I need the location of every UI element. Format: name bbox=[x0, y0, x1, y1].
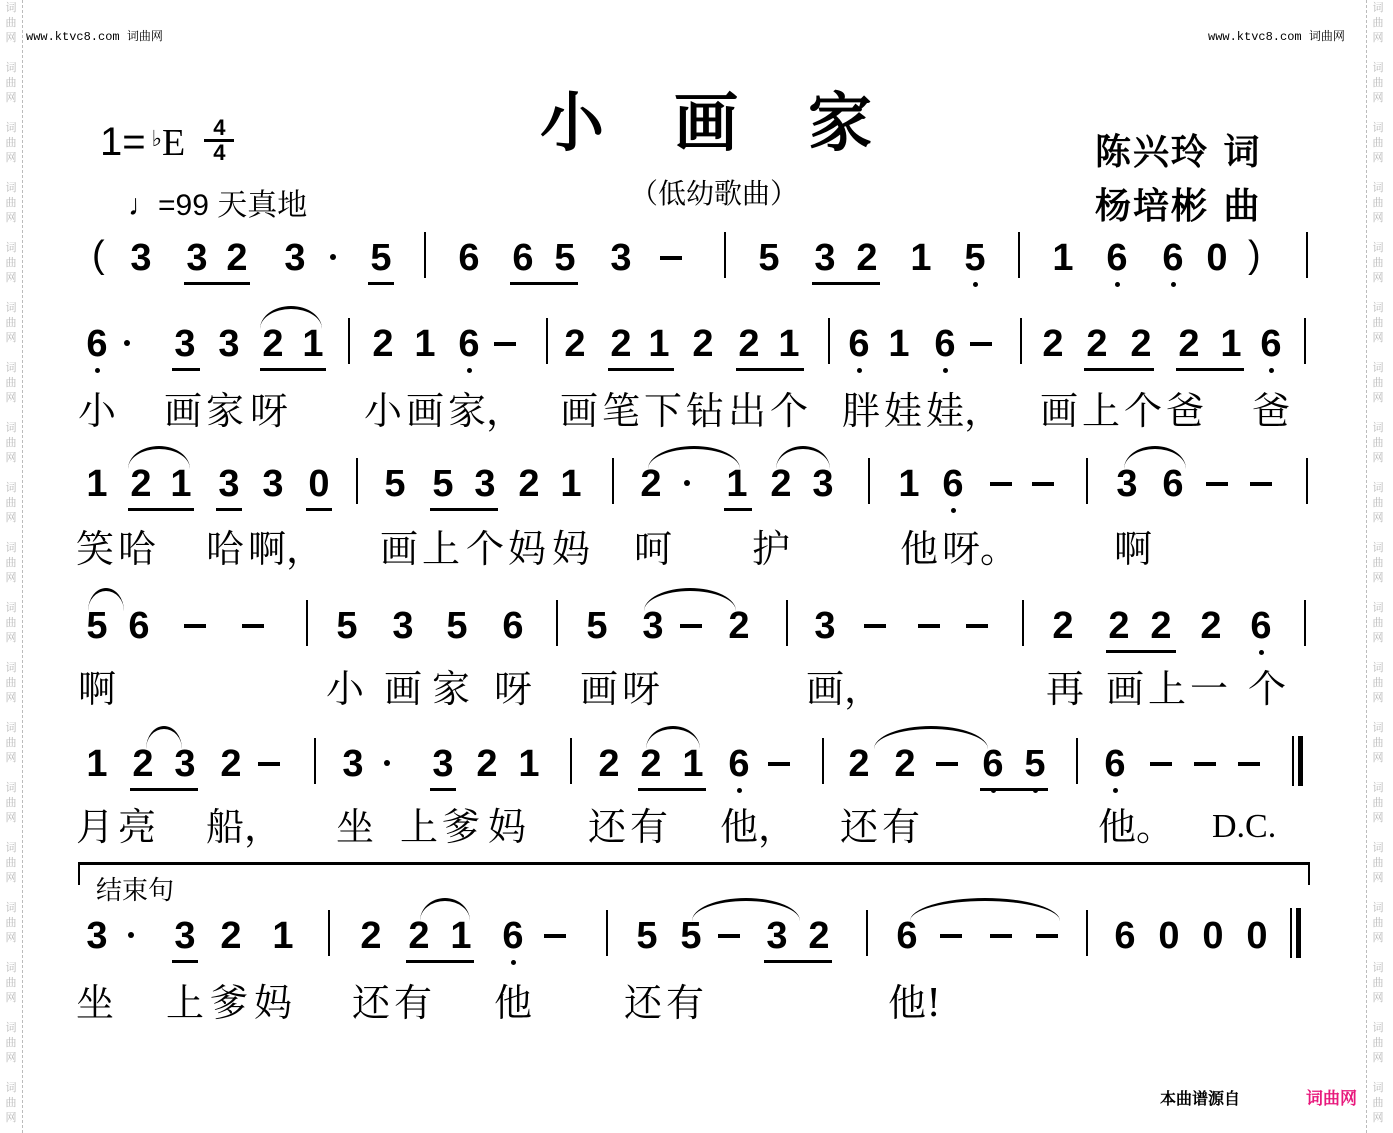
note-digit: 6 bbox=[942, 463, 963, 505]
note: 5 bbox=[1022, 742, 1048, 786]
lyric-line: 笑哈哈啊，画上个妈妈呵护他呀。啊 bbox=[0, 526, 1393, 576]
lyric-syllable: 有 bbox=[666, 980, 704, 1026]
lyric-line: 坐上爹妈还有他还有他! bbox=[0, 980, 1393, 1030]
lyric-syllable: 哈 bbox=[206, 526, 244, 572]
lyric-syllable: 他 bbox=[494, 980, 532, 1026]
beam-underline bbox=[764, 960, 832, 963]
watermark-char: 网 bbox=[6, 210, 17, 225]
watermark-char: 曲 bbox=[1373, 1035, 1384, 1050]
barline bbox=[424, 232, 426, 278]
note: 0 bbox=[1204, 236, 1230, 280]
augmentation-dot bbox=[384, 760, 390, 766]
lyric-syllable: 还 bbox=[624, 980, 662, 1026]
note-digit: 2 bbox=[738, 323, 759, 365]
da-capo-marking: D.C. bbox=[1212, 804, 1276, 850]
lyric-syllable: 小 bbox=[364, 388, 402, 434]
barline bbox=[328, 910, 330, 956]
lyric-syllable: 坐 bbox=[76, 980, 114, 1026]
note-digit: 6 bbox=[128, 605, 149, 647]
extension-dash bbox=[970, 342, 992, 346]
note-digit: 3 bbox=[218, 463, 239, 505]
watermark-char: 网 bbox=[1373, 30, 1384, 45]
note-digit: 2 bbox=[1108, 605, 1129, 647]
barline bbox=[356, 458, 358, 504]
flat-icon: ♭ bbox=[152, 126, 162, 151]
note-digit: 6 bbox=[934, 323, 955, 365]
lyric-syllable: 他 bbox=[900, 526, 938, 572]
lyric-syllable: 小 bbox=[78, 388, 116, 434]
slur-arc bbox=[1124, 446, 1186, 469]
note-digit: 3 bbox=[392, 605, 413, 647]
beam-underline bbox=[1106, 650, 1176, 653]
extension-dash bbox=[864, 624, 886, 628]
lyric-syllable: 个 bbox=[466, 526, 504, 572]
note: 6 bbox=[1258, 322, 1284, 366]
note-digit: 1 bbox=[170, 463, 191, 505]
note-digit: 2 bbox=[476, 743, 497, 785]
note: 1 bbox=[776, 322, 802, 366]
note-digit: 3 bbox=[174, 323, 195, 365]
repeat-parenthesis: ( bbox=[92, 234, 105, 277]
lyric-syllable: 画 bbox=[380, 526, 418, 572]
note: 6 bbox=[510, 236, 536, 280]
extension-dash bbox=[1206, 482, 1228, 486]
note: 2 bbox=[596, 742, 622, 786]
watermark-char: 曲 bbox=[6, 1095, 17, 1110]
note: 2 bbox=[1106, 604, 1132, 648]
lyric-syllable: 上 bbox=[166, 980, 204, 1026]
lyric-syllable: 一 bbox=[1190, 666, 1228, 712]
watermark-char: 网 bbox=[6, 1050, 17, 1065]
note-digit: 5 bbox=[554, 237, 575, 279]
note: 2 bbox=[370, 322, 396, 366]
note: 3 bbox=[216, 322, 242, 366]
site-url: www.ktvc8.com bbox=[26, 30, 120, 44]
note-digit: 3 bbox=[1116, 463, 1137, 505]
note: 6 bbox=[940, 462, 966, 506]
note: 5 bbox=[634, 914, 660, 958]
note-digit: 6 bbox=[458, 323, 479, 365]
note: 6 bbox=[500, 604, 526, 648]
watermark-group: 词曲网 bbox=[0, 60, 22, 120]
site-watermark-left: www.ktvc8.com 词曲网 bbox=[26, 27, 163, 44]
note: 1 bbox=[886, 322, 912, 366]
lyric-line: 小画家呀小画家，画笔下钻出个胖娃娃，画上个爸爸 bbox=[0, 388, 1393, 438]
lyric-syllable: 还 bbox=[840, 804, 878, 850]
note: 1 bbox=[646, 322, 672, 366]
low-octave-dot bbox=[1259, 650, 1264, 655]
note: 5 bbox=[584, 604, 610, 648]
quarter-note-icon: ♩ bbox=[128, 189, 158, 222]
note: 0 bbox=[1244, 914, 1270, 958]
note-digit: 2 bbox=[1150, 605, 1171, 647]
lyric-syllable: 呀。 bbox=[942, 526, 1018, 572]
note-digit: 6 bbox=[982, 743, 1003, 785]
barline bbox=[1076, 738, 1078, 784]
slur-arc bbox=[692, 898, 800, 921]
beam-underline bbox=[1176, 368, 1244, 371]
note: 3 bbox=[282, 236, 308, 280]
note: 6 bbox=[1102, 742, 1128, 786]
barline bbox=[1306, 458, 1308, 504]
beam-underline bbox=[980, 788, 1048, 791]
watermark-char: 网 bbox=[6, 150, 17, 165]
footer-source-label: 本曲谱源自 bbox=[1160, 1086, 1240, 1109]
watermark-char: 曲 bbox=[1373, 135, 1384, 150]
lyric-syllable: 画 bbox=[384, 666, 422, 712]
lyric-syllable: 他。 bbox=[1098, 804, 1174, 850]
lyric-syllable: 上 bbox=[400, 804, 438, 850]
extension-dash bbox=[718, 934, 740, 938]
note-digit: 1 bbox=[910, 237, 931, 279]
watermark-char: 网 bbox=[6, 90, 17, 105]
note: 3 bbox=[128, 236, 154, 280]
watermark-char: 曲 bbox=[1373, 15, 1384, 30]
note-digit: 1 bbox=[86, 743, 107, 785]
note-digit: 6 bbox=[1162, 463, 1183, 505]
low-octave-dot bbox=[1115, 282, 1120, 287]
note: 6 bbox=[500, 914, 526, 958]
slur-arc bbox=[874, 726, 988, 749]
score-row: 565356532322226 bbox=[0, 604, 1393, 664]
site-name: 词曲网 bbox=[127, 29, 163, 43]
note-digit: 2 bbox=[1086, 323, 1107, 365]
lyric-syllable: 他， bbox=[720, 804, 796, 850]
note: 3 bbox=[812, 236, 838, 280]
lyric-syllable: 哈 bbox=[118, 526, 156, 572]
slur-arc bbox=[648, 446, 740, 469]
note-digit: 2 bbox=[770, 463, 791, 505]
lyric-syllable: 娃 bbox=[884, 388, 922, 434]
lyric-syllable: 妈 bbox=[488, 804, 526, 850]
note-digit: 5 bbox=[636, 915, 657, 957]
tempo-marking: ♩=99 天真地 bbox=[128, 180, 307, 224]
watermark-char: 词 bbox=[6, 180, 17, 195]
note-digit: 1 bbox=[302, 323, 323, 365]
note: 1 bbox=[558, 462, 584, 506]
note: 2 bbox=[1198, 604, 1224, 648]
note-digit: 6 bbox=[1162, 237, 1183, 279]
lyric-syllable: 有 bbox=[394, 980, 432, 1026]
note: 2 bbox=[224, 236, 250, 280]
key-prefix: 1= bbox=[100, 120, 146, 164]
note-digit: 1 bbox=[682, 743, 703, 785]
note: 5 bbox=[962, 236, 988, 280]
augmentation-dot bbox=[684, 480, 690, 486]
note-digit: 2 bbox=[226, 237, 247, 279]
barline bbox=[822, 738, 824, 784]
lyric-syllable: 个 bbox=[770, 388, 808, 434]
lyric-syllable: 坐 bbox=[336, 804, 374, 850]
low-octave-dot bbox=[95, 368, 100, 373]
slur-arc bbox=[644, 588, 736, 611]
key-signature: 1=♭E 4 4 bbox=[100, 120, 234, 167]
note-digit: 6 bbox=[458, 237, 479, 279]
low-octave-dot bbox=[737, 788, 742, 793]
watermark-char: 曲 bbox=[1373, 855, 1384, 870]
note-digit: 2 bbox=[220, 743, 241, 785]
note: 0 bbox=[1200, 914, 1226, 958]
note-digit: 1 bbox=[518, 743, 539, 785]
time-signature: 4 4 bbox=[204, 118, 234, 163]
barline bbox=[570, 738, 572, 784]
lyric-syllable: 娃， bbox=[926, 388, 1002, 434]
note: 6 bbox=[456, 322, 482, 366]
watermark-char: 词 bbox=[1373, 1080, 1384, 1095]
watermark-char: 网 bbox=[6, 870, 17, 885]
extension-dash bbox=[1250, 482, 1272, 486]
low-octave-dot bbox=[951, 508, 956, 513]
score-row: 1213305532121231636 bbox=[0, 462, 1393, 522]
note: 3 bbox=[608, 236, 634, 280]
score-row: (332356653532151660) bbox=[0, 236, 1393, 296]
slur-arc bbox=[88, 588, 124, 611]
barline bbox=[866, 910, 868, 956]
lyric-syllable: 亮 bbox=[118, 804, 156, 850]
watermark-char: 词 bbox=[6, 300, 17, 315]
note: 3 bbox=[260, 462, 286, 506]
lyric-syllable: 啊 bbox=[78, 666, 116, 712]
beam-underline bbox=[172, 960, 198, 963]
note-digit: 6 bbox=[1250, 605, 1271, 647]
beam-underline bbox=[130, 788, 198, 791]
note-digit: 5 bbox=[86, 605, 107, 647]
extension-dash bbox=[544, 934, 566, 938]
note: 5 bbox=[444, 604, 470, 648]
extension-dash bbox=[494, 342, 516, 346]
lyric-syllable: 呀 bbox=[622, 666, 660, 712]
note-digit: 3 bbox=[174, 743, 195, 785]
lyric-syllable: 上 bbox=[1148, 666, 1186, 712]
note-digit: 3 bbox=[814, 605, 835, 647]
slur-arc bbox=[910, 898, 1060, 921]
note: 2 bbox=[1040, 322, 1066, 366]
lyric-syllable: 有 bbox=[882, 804, 920, 850]
note-digit: 1 bbox=[888, 323, 909, 365]
note-digit: 5 bbox=[1024, 743, 1045, 785]
note: 2 bbox=[854, 236, 880, 280]
note: 3 bbox=[216, 462, 242, 506]
note: 6 bbox=[126, 604, 152, 648]
note: 1 bbox=[412, 322, 438, 366]
note-digit: 2 bbox=[220, 915, 241, 957]
lyric-syllable: 护 bbox=[752, 526, 790, 572]
note-digit: 6 bbox=[896, 915, 917, 957]
extension-dash bbox=[990, 934, 1012, 938]
watermark-char: 网 bbox=[1373, 1050, 1384, 1065]
note-digit: 0 bbox=[1202, 915, 1223, 957]
note-digit: 2 bbox=[894, 743, 915, 785]
time-numerator: 4 bbox=[213, 118, 225, 138]
lyric-syllable: 他! bbox=[888, 980, 941, 1026]
note-digit: 2 bbox=[408, 915, 429, 957]
slur-arc bbox=[420, 898, 470, 921]
barline bbox=[1086, 458, 1088, 504]
watermark-char: 网 bbox=[1373, 150, 1384, 165]
lyric-syllable: 个 bbox=[1124, 388, 1162, 434]
slur-arc bbox=[260, 306, 322, 329]
note-digit: 2 bbox=[1200, 605, 1221, 647]
extension-dash bbox=[966, 624, 988, 628]
beam-underline bbox=[368, 282, 394, 285]
watermark-char: 词 bbox=[1373, 180, 1384, 195]
note-digit: 3 bbox=[130, 237, 151, 279]
note: 2 bbox=[1128, 322, 1154, 366]
slur-arc bbox=[776, 446, 830, 469]
note: 2 bbox=[474, 742, 500, 786]
slur-arc bbox=[128, 446, 190, 469]
beam-underline bbox=[736, 368, 804, 371]
lyric-syllable: 钻 bbox=[686, 388, 724, 434]
note-digit: 5 bbox=[336, 605, 357, 647]
watermark-char: 网 bbox=[6, 1110, 17, 1125]
extension-dash bbox=[768, 762, 790, 766]
augmentation-dot bbox=[128, 932, 134, 938]
note-digit: 2 bbox=[640, 463, 661, 505]
note-digit: 3 bbox=[186, 237, 207, 279]
augmentation-dot bbox=[124, 340, 130, 346]
extension-dash bbox=[184, 624, 206, 628]
lyric-syllable: 还 bbox=[352, 980, 390, 1026]
extension-dash bbox=[1036, 934, 1058, 938]
note: 3 bbox=[430, 742, 456, 786]
note: 6 bbox=[1248, 604, 1274, 648]
barline bbox=[1304, 600, 1306, 646]
beam-underline bbox=[128, 508, 194, 511]
note-digit: 2 bbox=[130, 463, 151, 505]
watermark-group: 词曲网 bbox=[1367, 180, 1389, 240]
note-digit: 3 bbox=[342, 743, 363, 785]
note-digit: 5 bbox=[446, 605, 467, 647]
note-digit: 6 bbox=[1106, 237, 1127, 279]
watermark-char: 曲 bbox=[6, 15, 17, 30]
note: 5 bbox=[430, 462, 456, 506]
lyric-syllable: 啊 bbox=[1114, 526, 1152, 572]
barline bbox=[314, 738, 316, 784]
watermark-char: 词 bbox=[6, 0, 17, 15]
note-digit: 5 bbox=[758, 237, 779, 279]
barline bbox=[828, 318, 830, 364]
watermark-char: 曲 bbox=[6, 195, 17, 210]
note: 1 bbox=[896, 462, 922, 506]
note-digit: 3 bbox=[284, 237, 305, 279]
low-octave-dot bbox=[973, 282, 978, 287]
note-digit: 3 bbox=[814, 237, 835, 279]
note-digit: 2 bbox=[692, 323, 713, 365]
lyric-syllable: 胖 bbox=[842, 388, 880, 434]
note-digit: 2 bbox=[262, 323, 283, 365]
song-subtitle: （低幼歌曲） bbox=[630, 172, 798, 212]
beam-underline bbox=[430, 788, 456, 791]
lyric-syllable: 妈 bbox=[508, 526, 546, 572]
note: 3 bbox=[472, 462, 498, 506]
final-barline bbox=[1292, 736, 1303, 786]
note-digit: 1 bbox=[726, 463, 747, 505]
note-digit: 6 bbox=[86, 323, 107, 365]
extension-dash bbox=[990, 482, 1012, 486]
footer-brand-link[interactable]: 词曲网 bbox=[1306, 1084, 1357, 1109]
lyric-syllable: 画 bbox=[1106, 666, 1144, 712]
lyric-syllable: 画 bbox=[406, 388, 444, 434]
extension-dash bbox=[918, 624, 940, 628]
watermark-char: 网 bbox=[1373, 90, 1384, 105]
lyric-syllable: 爸 bbox=[1166, 388, 1204, 434]
note-digit: 6 bbox=[502, 605, 523, 647]
lyric-syllable: 爹 bbox=[210, 980, 248, 1026]
lyric-line: 月亮船，坐上爹妈还有他，还有他。D.C. bbox=[0, 804, 1393, 854]
note-digit: 0 bbox=[1206, 237, 1227, 279]
barline bbox=[546, 318, 548, 364]
barline bbox=[1018, 232, 1020, 278]
key-note: E bbox=[162, 122, 185, 164]
note-digit: 1 bbox=[648, 323, 669, 365]
note-digit: 2 bbox=[610, 323, 631, 365]
note-digit: 2 bbox=[1052, 605, 1073, 647]
note-digit: 2 bbox=[856, 237, 877, 279]
lyric-syllable: 呵 bbox=[634, 526, 672, 572]
beam-underline bbox=[216, 508, 242, 511]
lyric-syllable: 家 bbox=[432, 666, 470, 712]
note: 2 bbox=[358, 914, 384, 958]
song-title: 小画家 bbox=[540, 72, 942, 164]
watermark-char: 网 bbox=[6, 30, 17, 45]
watermark-char: 词 bbox=[1373, 900, 1384, 915]
barline bbox=[786, 600, 788, 646]
barline bbox=[606, 910, 608, 956]
barline bbox=[1306, 232, 1308, 278]
lyric-syllable: 妈 bbox=[552, 526, 590, 572]
note-digit: 1 bbox=[560, 463, 581, 505]
watermark-char: 曲 bbox=[1373, 1095, 1384, 1110]
note: 0 bbox=[306, 462, 332, 506]
watermark-char: 词 bbox=[1373, 60, 1384, 75]
note-digit: 6 bbox=[512, 237, 533, 279]
beam-underline bbox=[1084, 368, 1154, 371]
note: 3 bbox=[84, 914, 110, 958]
final-barline bbox=[1290, 908, 1301, 958]
note: 2 bbox=[562, 322, 588, 366]
note: 5 bbox=[552, 236, 578, 280]
augmentation-dot bbox=[330, 254, 336, 260]
low-octave-dot bbox=[511, 960, 516, 965]
note-digit: 1 bbox=[272, 915, 293, 957]
note-digit: 3 bbox=[610, 237, 631, 279]
note-digit: 5 bbox=[384, 463, 405, 505]
watermark-char: 网 bbox=[1373, 1110, 1384, 1125]
beam-underline bbox=[638, 788, 706, 791]
watermark-char: 词 bbox=[6, 900, 17, 915]
extension-dash bbox=[1032, 482, 1054, 486]
time-denominator: 4 bbox=[213, 143, 225, 163]
note-digit: 3 bbox=[86, 915, 107, 957]
note-digit: 5 bbox=[432, 463, 453, 505]
note-digit: 5 bbox=[370, 237, 391, 279]
note-digit: 2 bbox=[808, 915, 829, 957]
watermark-char: 曲 bbox=[1373, 195, 1384, 210]
lyric-syllable: 爹 bbox=[442, 804, 480, 850]
note: 5 bbox=[756, 236, 782, 280]
note-digit: 5 bbox=[964, 237, 985, 279]
note-digit: 3 bbox=[474, 463, 495, 505]
watermark-char: 词 bbox=[6, 1080, 17, 1095]
note-digit: 6 bbox=[1260, 323, 1281, 365]
note: 6 bbox=[932, 322, 958, 366]
ending-bracket bbox=[78, 862, 1310, 885]
note-digit: 2 bbox=[372, 323, 393, 365]
note-digit: 1 bbox=[1220, 323, 1241, 365]
note: 0 bbox=[1156, 914, 1182, 958]
lyric-syllable: 小 bbox=[326, 666, 364, 712]
